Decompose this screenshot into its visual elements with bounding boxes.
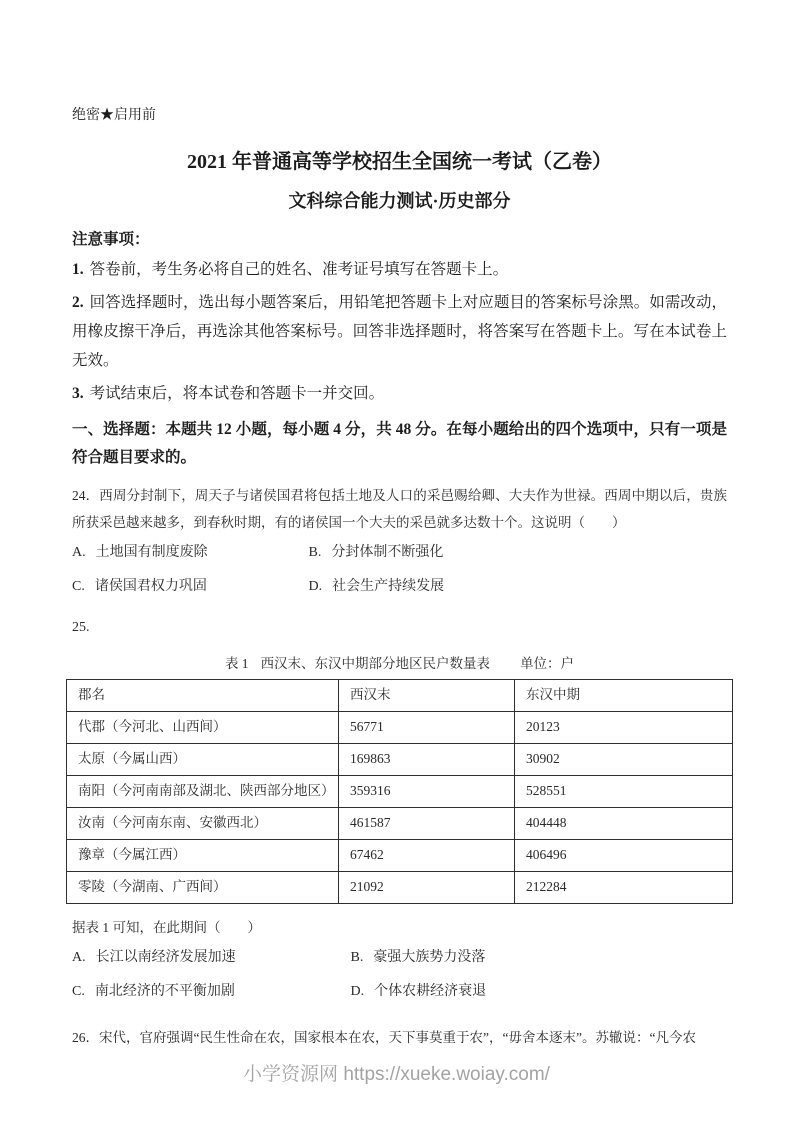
table-caption-unit: 单位：户	[520, 656, 574, 671]
notice-item-3: 3.考试结束后，将本试卷和答题卡一并交回。	[72, 379, 727, 408]
table-cell: 359316	[339, 776, 515, 808]
exam-paper-page: 绝密★启用前 2021 年普通高等学校招生全国统一考试（乙卷） 文科综合能力测试…	[0, 0, 793, 1122]
question-26-stem: 26．宋代，官府强调“民生性命在农，国家根本在农，天下事莫重于农”，“毋舍本逐末…	[72, 1024, 727, 1051]
table-cell: 30902	[515, 744, 733, 776]
question-25-option-d: D.个体农耕经济衰退	[351, 984, 487, 999]
option-text: 土地国有制度废除	[96, 545, 208, 560]
question-25-stem: 据表 1 可知，在此期间（ ）	[72, 914, 727, 941]
question-24-option-a: A.土地国有制度废除	[72, 536, 305, 570]
question-24-options-row-1: A.土地国有制度废除 B.分封体制不断强化	[72, 536, 727, 570]
option-text: 长江以南经济发展加速	[96, 950, 236, 965]
question-25-options-row-1: A.长江以南经济发展加速 B.豪强大族势力没落	[72, 941, 727, 975]
table-cell: 21092	[339, 872, 515, 904]
notice-item-2-number: 2.	[72, 294, 84, 311]
option-label: A.	[72, 950, 86, 965]
table-caption: 表 1西汉末、东汉中期部分地区民户数量表单位：户	[72, 652, 727, 672]
table-cell: 豫章（今属江西）	[67, 840, 339, 872]
watermark-footer: 小学资源网 https://xueke.woiay.com/	[0, 1062, 793, 1088]
exam-subtitle: 文科综合能力测试·历史部分	[72, 189, 727, 213]
table-header-cell: 西汉末	[339, 680, 515, 712]
table-cell: 56771	[339, 712, 515, 744]
table-row: 代郡（今河北、山西间） 56771 20123	[67, 712, 733, 744]
table-caption-title: 西汉末、东汉中期部分地区民户数量表	[261, 656, 491, 671]
notice-item-3-number: 3.	[72, 385, 84, 402]
exam-title: 2021 年普通高等学校招生全国统一考试（乙卷）	[72, 149, 727, 175]
notice-item-3-text: 考试结束后，将本试卷和答题卡一并交回。	[90, 385, 385, 402]
table-cell: 169863	[339, 744, 515, 776]
notice-item-2: 2.回答选择题时，选出每小题答案后，用铅笔把答题卡上对应题目的答案标号涂黑。如需…	[72, 288, 727, 375]
question-24-stem: 24．西周分封制下，周天子与诸侯国君将包括土地及人口的采邑赐给卿、大夫作为世禄。…	[72, 482, 727, 536]
classification-label: 绝密★启用前	[72, 106, 727, 125]
option-text: 个体农耕经济衰退	[374, 984, 486, 999]
table-cell: 汝南（今河南东南、安徽西北）	[67, 808, 339, 840]
table-header-cell: 东汉中期	[515, 680, 733, 712]
question-25-options-row-2: C.南北经济的不平衡加剧 D.个体农耕经济衰退	[72, 975, 727, 1009]
notice-item-1-text: 答卷前，考生务必将自己的姓名、准考证号填写在答题卡上。	[90, 261, 509, 278]
option-label: C.	[72, 984, 85, 999]
table-row: 豫章（今属江西） 67462 406496	[67, 840, 733, 872]
table-cell: 太原（今属山西）	[67, 744, 339, 776]
table-cell: 代郡（今河北、山西间）	[67, 712, 339, 744]
option-label: C.	[72, 579, 85, 594]
question-25-number: 25.	[72, 618, 727, 638]
option-text: 豪强大族势力没落	[373, 950, 485, 965]
table-cell: 零陵（今湖南、广西间）	[67, 872, 339, 904]
table-caption-label: 表 1	[225, 656, 249, 671]
question-24-option-b: B.分封体制不断强化	[309, 545, 444, 560]
notice-heading: 注意事项：	[72, 229, 727, 251]
option-text: 诸侯国君权力巩固	[95, 579, 207, 594]
notice-item-2-text: 回答选择题时，选出每小题答案后，用铅笔把答题卡上对应题目的答案标号涂黑。如需改动…	[72, 294, 727, 369]
notice-item-1: 1.答卷前，考生务必将自己的姓名、准考证号填写在答题卡上。	[72, 255, 727, 284]
table-cell: 406496	[515, 840, 733, 872]
option-label: D.	[351, 984, 365, 999]
option-label: D.	[309, 579, 323, 594]
section-heading-multiple-choice: 一、选择题：本题共 12 小题，每小题 4 分，共 48 分。在每小题给出的四个…	[72, 416, 727, 472]
table-row: 零陵（今湖南、广西间） 21092 212284	[67, 872, 733, 904]
option-label: B.	[309, 545, 322, 560]
option-text: 分封体制不断强化	[331, 545, 443, 560]
table-cell: 461587	[339, 808, 515, 840]
table-cell: 212284	[515, 872, 733, 904]
question-25-option-b: B.豪强大族势力没落	[351, 950, 486, 965]
option-text: 南北经济的不平衡加剧	[95, 984, 235, 999]
table-row: 太原（今属山西） 169863 30902	[67, 744, 733, 776]
table-cell: 67462	[339, 840, 515, 872]
question-25-option-a: A.长江以南经济发展加速	[72, 941, 347, 975]
question-25-option-c: C.南北经济的不平衡加剧	[72, 975, 347, 1009]
table-cell: 南阳（今河南南部及湖北、陕西部分地区）	[67, 776, 339, 808]
table-cell: 528551	[515, 776, 733, 808]
table-cell: 404448	[515, 808, 733, 840]
table-row: 南阳（今河南南部及湖北、陕西部分地区） 359316 528551	[67, 776, 733, 808]
option-text: 社会生产持续发展	[332, 579, 444, 594]
table-header-cell: 郡名	[67, 680, 339, 712]
table-row: 汝南（今河南东南、安徽西北） 461587 404448	[67, 808, 733, 840]
question-24-options-row-2: C.诸侯国君权力巩固 D.社会生产持续发展	[72, 570, 727, 604]
question-24-option-c: C.诸侯国君权力巩固	[72, 570, 305, 604]
option-label: B.	[351, 950, 364, 965]
table-cell: 20123	[515, 712, 733, 744]
table-header-row: 郡名 西汉末 东汉中期	[67, 680, 733, 712]
option-label: A.	[72, 545, 86, 560]
question-24-option-d: D.社会生产持续发展	[309, 579, 445, 594]
census-table: 郡名 西汉末 东汉中期 代郡（今河北、山西间） 56771 20123 太原（今…	[66, 679, 733, 904]
notice-item-1-number: 1.	[72, 261, 84, 278]
